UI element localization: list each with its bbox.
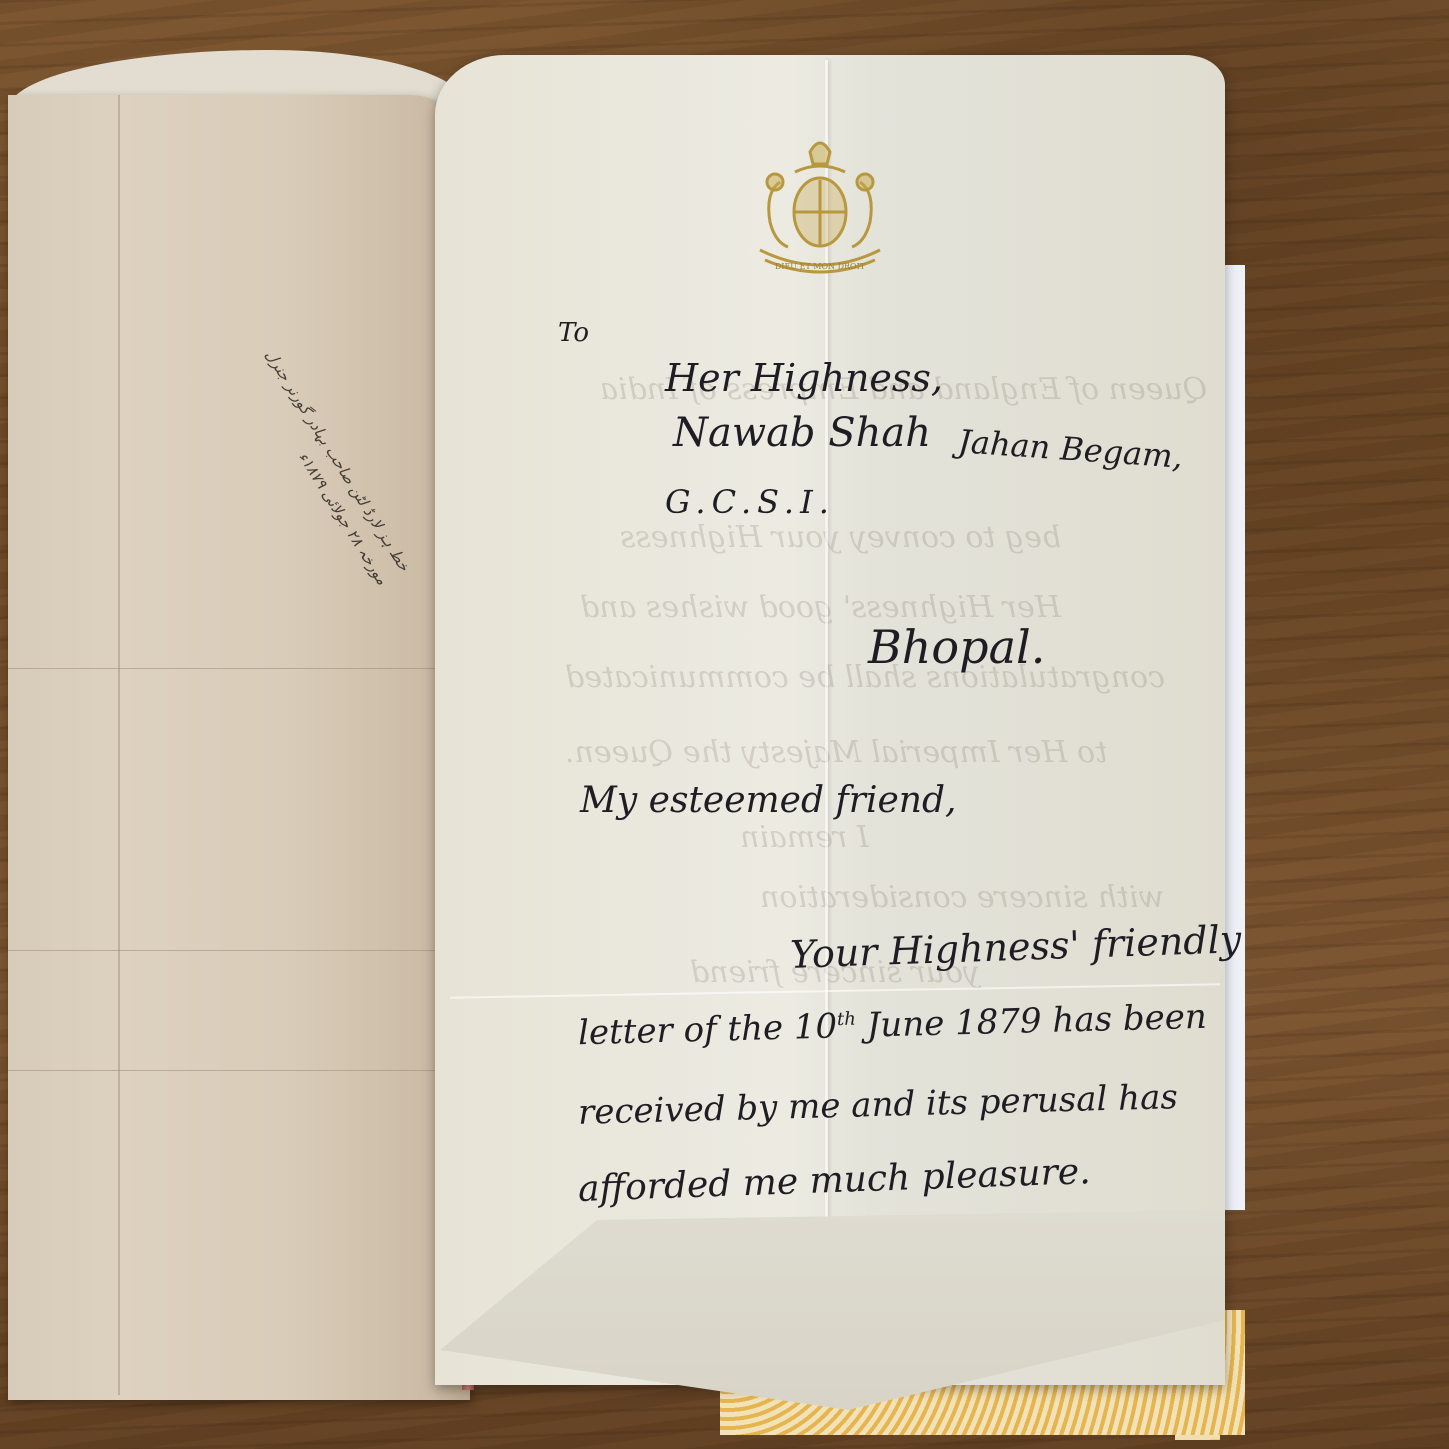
left-page-fold xyxy=(118,95,120,1395)
address-line-2a: Nawab Shah xyxy=(673,410,931,456)
body-line-2-pre: letter of the 10 xyxy=(578,1006,838,1053)
letter-salutation: My esteemed friend, xyxy=(580,780,956,821)
letter-to: To xyxy=(558,318,589,348)
left-page-crease xyxy=(8,1070,458,1071)
left-album-page xyxy=(8,95,470,1400)
bleed-through-line: I remain xyxy=(740,820,869,855)
bleed-through-line: beg to convey your Highness xyxy=(620,520,1061,555)
body-line-2-sup: th xyxy=(837,1009,856,1030)
bleed-through-line: with sincere consideration xyxy=(760,880,1164,915)
address-line-1: Her Highness, xyxy=(665,356,943,400)
left-page-crease xyxy=(8,950,458,951)
bleed-through-line: congratulations shall be communicated xyxy=(565,660,1165,695)
address-line-3: G.C.S.I. xyxy=(665,483,835,521)
bleed-through-line: to Her Imperial Majesty the Queen. xyxy=(565,735,1107,770)
crest-motto: DIEU ET MON DROIT xyxy=(775,262,866,271)
royal-coat-of-arms-icon: DIEU ET MON DROIT xyxy=(740,122,900,280)
letter-city: Bhopal. xyxy=(868,620,1045,674)
